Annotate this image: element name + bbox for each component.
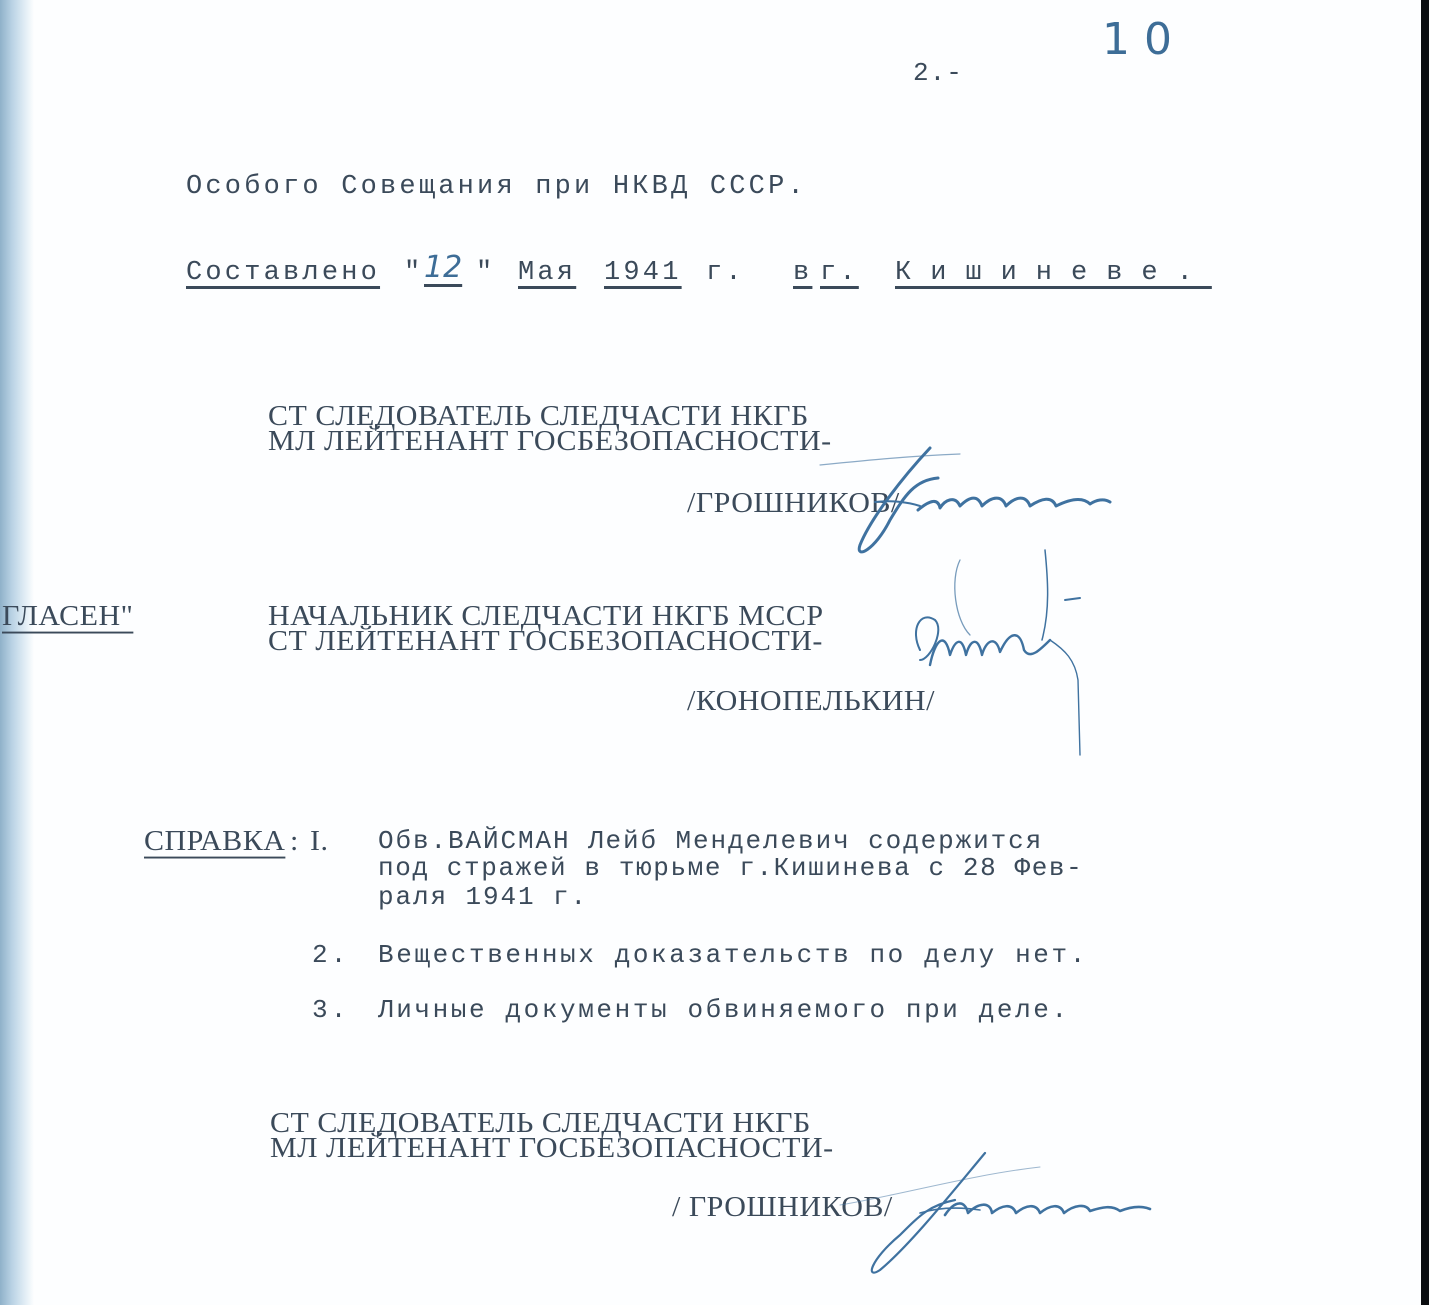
reference-item-line: раля 1941 г. — [378, 882, 588, 912]
approval-title-line2: СТ ЛЕЙТЕНАНТ ГОСБЕЗОПАСНОСТИ- — [268, 630, 823, 652]
reference-item-number: 3. — [312, 995, 350, 1025]
signature-title-line2: МЛ ЛЕЙТЕНАНТ ГОСБЕЗОПАСНОСТИ- — [268, 430, 832, 452]
quote-close: " — [476, 258, 495, 288]
reference-label: СПРАВКА — [144, 830, 285, 852]
approval-stamp-label: ГЛАСЕН" — [2, 605, 133, 627]
reference-separator: : — [290, 830, 299, 852]
reference-item-line: под стражей в тюрьме г.Кишинева с 28 Фев… — [378, 853, 1083, 883]
reference-item-line: Вещественных доказательств по делу нет. — [378, 940, 1088, 970]
place-city: Кишиневе. — [895, 258, 1212, 288]
signature-title-line1: СТ СЛЕДОВАТЕЛЬ СЛЕДЧАСТИ НКГБ — [270, 1112, 811, 1134]
typed-page-number: 2.- — [913, 58, 963, 88]
approval-name: /КОНОПЕЛЬКИН/ — [687, 690, 935, 712]
date-month: Мая — [518, 258, 576, 288]
handwritten-signature-groshnikov-footer — [840, 1145, 1170, 1285]
compiled-label: Составлено — [186, 258, 380, 288]
reference-item-number: 2. — [312, 940, 350, 970]
approval-title-line1: НАЧАЛЬНИК СЛЕДЧАСТИ НКГБ МССР — [268, 605, 824, 627]
scanner-edge-left — [0, 0, 34, 1305]
reference-item-number: I. — [310, 830, 329, 852]
date-year: 1941 — [604, 258, 682, 288]
signature-title-line2: МЛ ЛЕЙТЕНАНТ ГОСБЕЗОПАСНОСТИ- — [270, 1137, 834, 1159]
place-prefix: в — [793, 258, 812, 288]
quote-open: " — [404, 258, 423, 288]
signature-title-line1: СТ СЛЕДОВАТЕЛЬ СЛЕДЧАСТИ НКГБ — [268, 405, 809, 427]
reference-item-line: Обв.ВАЙСМАН Лейб Менделевич содержится — [378, 826, 1043, 856]
reference-item-line: Личные документы обвиняемого при деле. — [378, 995, 1070, 1025]
scanner-edge-right — [1421, 0, 1429, 1305]
date-day: 12 — [424, 250, 462, 285]
handwritten-sheet-number: 10 — [1102, 14, 1186, 65]
place-city-prefix: г. — [820, 258, 859, 288]
date-year-suffix: г. — [706, 258, 745, 288]
handwritten-signature-konopelkin — [900, 540, 1100, 770]
document-heading: Особого Совещания при НКВД СССР. — [186, 172, 807, 202]
